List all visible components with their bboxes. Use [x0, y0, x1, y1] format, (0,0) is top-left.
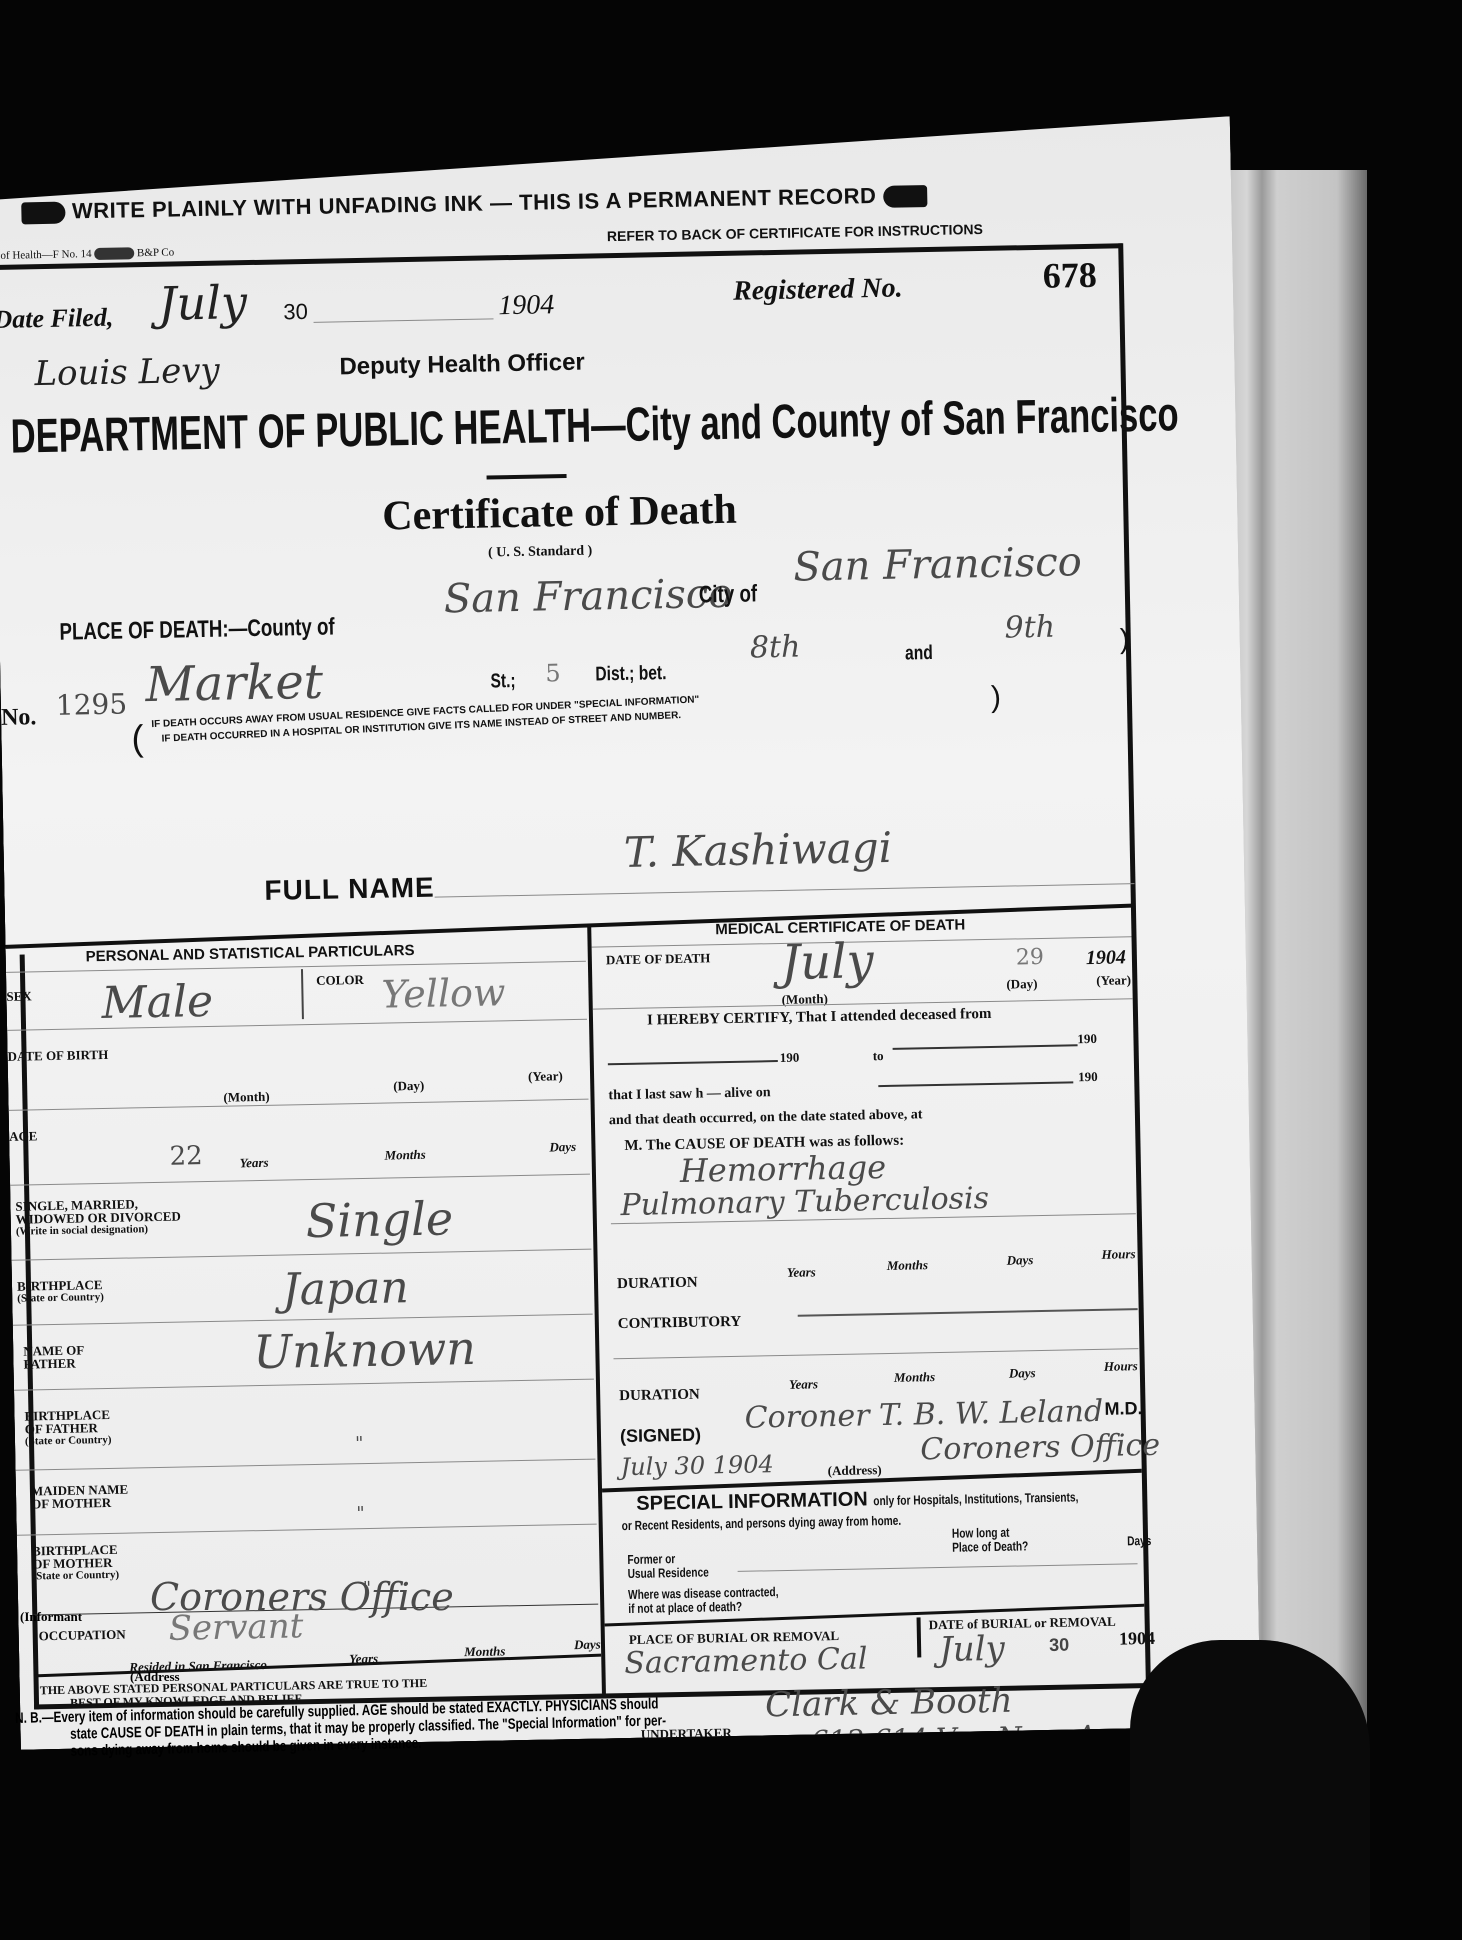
marital-value: Single	[305, 1191, 453, 1248]
warning-text: WRITE PLAINLY WITH UNFADING INK — THIS I…	[72, 183, 877, 223]
mother-name-value: "	[356, 1503, 365, 1524]
father-birthplace-label: BIRTHPLACEOF FATHER(State or Country)	[24, 1408, 111, 1449]
dob-day-label: (Day)	[393, 1079, 424, 1093]
age-days-label: Days	[549, 1139, 576, 1156]
certificate-title: Certificate of Death	[382, 486, 737, 541]
number-label: No.	[1, 704, 37, 732]
duration-label-1: DURATION	[617, 1277, 698, 1292]
duration-label-2: DURATION	[619, 1389, 700, 1404]
mother-birthplace-label: BIRTHPLACEOF MOTHER(State or Country)	[32, 1543, 119, 1584]
resided-days-label: Days	[574, 1637, 601, 1654]
county-value: San Francisco	[443, 571, 732, 623]
city-label: City of	[699, 580, 758, 609]
age-years-value: 22	[169, 1141, 203, 1172]
md-label: M.D.	[1104, 1398, 1142, 1420]
thumb-shadow	[1130, 1640, 1370, 1940]
informant-value: Coroners Office	[150, 1575, 454, 1619]
former-residence-label: Former orUsual Residence	[627, 1551, 709, 1581]
burial-place-value: Sacramento Cal	[624, 1641, 868, 1681]
doctor-address: Coroners Office	[920, 1428, 1160, 1468]
occurred-text: and that death occurred, on the date sta…	[609, 1107, 923, 1129]
burial-date-year: 1904	[1119, 1628, 1155, 1650]
between-street-1: 8th	[750, 630, 801, 666]
registered-label: Registered No.	[733, 273, 903, 308]
street-name: Market	[145, 654, 324, 713]
certificate-subtitle: ( U. S. Standard )	[488, 544, 593, 562]
officer-signature: Louis Levy	[34, 351, 220, 395]
signed-label: (SIGNED)	[620, 1425, 701, 1448]
date-of-death-month: July	[780, 933, 874, 991]
full-name-value: T. Kashiwagi	[623, 823, 892, 877]
mother-name-label: MAIDEN NAMEOF MOTHER	[31, 1483, 129, 1511]
color-value: Yellow	[381, 970, 506, 1016]
dod-day-label: (Day)	[1006, 977, 1037, 991]
father-name-label: NAME OFFATHER	[23, 1343, 85, 1370]
father-birthplace-value: "	[355, 1433, 364, 1454]
informant-address-label: (Address	[130, 1670, 180, 1683]
officer-title: Deputy Health Officer	[339, 349, 585, 382]
district-label: Dist.; bet.	[595, 662, 667, 686]
date-filed-day: 30	[283, 299, 308, 325]
date-filed-month: July	[158, 275, 248, 331]
title-rule	[487, 474, 567, 480]
dob-year-label: (Year)	[528, 1069, 563, 1083]
birthplace-value: Japan	[282, 1262, 410, 1315]
contributory-label: CONTRIBUTORY	[618, 1316, 742, 1331]
column-divider	[587, 924, 606, 1694]
death-certificate-page: WRITE PLAINLY WITH UNFADING INK — THIS I…	[0, 116, 1261, 1750]
city-value: San Francisco	[793, 539, 1082, 591]
street-number: 1295	[56, 687, 128, 721]
undertaker-address-label: (Address	[736, 1750, 786, 1764]
special-info-note: or Recent Residents, and persons dying a…	[622, 1513, 902, 1533]
sex-value: Male	[101, 976, 213, 1029]
age-label: AGE	[9, 1129, 37, 1143]
between-street-2: 9th	[1004, 610, 1055, 646]
district-value: 5	[545, 659, 561, 687]
dod-year-label: (Year)	[1096, 973, 1131, 987]
how-long-label: How long atPlace of Death?	[952, 1525, 1029, 1554]
street-label: St.;	[490, 670, 516, 693]
dob-label: DATE OF BIRTH	[7, 1048, 108, 1063]
dob-month-label: (Month)	[223, 1090, 269, 1104]
full-name-label: FULL NAME	[264, 872, 435, 907]
date-of-death-year: 1904	[1086, 946, 1126, 970]
age-years-label: Years	[240, 1155, 269, 1172]
marital-label: SINGLE, MARRIED,WIDOWED OR DIVORCED(Writ…	[15, 1197, 181, 1239]
pointing-hand-icon-right	[883, 185, 927, 208]
occupation-label: OCCUPATION	[39, 1628, 126, 1643]
date-of-death-day: 29	[1016, 945, 1044, 971]
place-of-death-label: PLACE OF DEATH:—County of	[59, 613, 335, 646]
signed-date: July 30 1904	[620, 1450, 774, 1481]
last-saw-text: that I last saw h — alive on	[608, 1085, 770, 1104]
color-label: COLOR	[316, 973, 364, 987]
date-filed-year: 1904	[498, 289, 555, 322]
personal-heading: PERSONAL AND STATISTICAL PARTICULARS	[86, 942, 415, 965]
burial-date-day: 30	[1049, 1635, 1069, 1656]
name-rule	[5, 903, 1134, 948]
doctor-address-label: (Address)	[828, 1463, 882, 1477]
pointing-hand-icon	[21, 202, 65, 225]
and-label: and	[905, 642, 933, 666]
instructions-note: REFER TO BACK OF CERTIFICATE FOR INSTRUC…	[607, 221, 983, 244]
disease-contracted-label: Where was disease contracted,if not at p…	[628, 1585, 779, 1616]
form-id: d of Health—F No. 14 B&P Co	[0, 246, 174, 262]
age-months-label: Months	[384, 1147, 426, 1164]
date-filed-label: Date Filed,	[0, 303, 114, 335]
department-title: DEPARTMENT OF PUBLIC HEALTH—City and Cou…	[10, 387, 1179, 464]
permanent-record-warning: WRITE PLAINLY WITH UNFADING INK — THIS I…	[21, 182, 927, 225]
burial-date-month: July	[939, 1629, 1005, 1670]
father-name-value: Unknown	[253, 1321, 477, 1379]
informant-label: (Informant	[20, 1610, 82, 1623]
union-label-icon	[94, 248, 134, 261]
certify-text: I HEREBY CERTIFY, That I attended deceas…	[647, 1006, 992, 1030]
sex-label: SEX	[6, 989, 32, 1002]
birthplace-label: BIRTHPLACE(State or Country)	[17, 1278, 104, 1306]
box-left-border	[20, 954, 39, 1709]
date-of-death-label: DATE OF DEATH	[606, 951, 711, 966]
registered-number: 678	[1042, 254, 1097, 297]
